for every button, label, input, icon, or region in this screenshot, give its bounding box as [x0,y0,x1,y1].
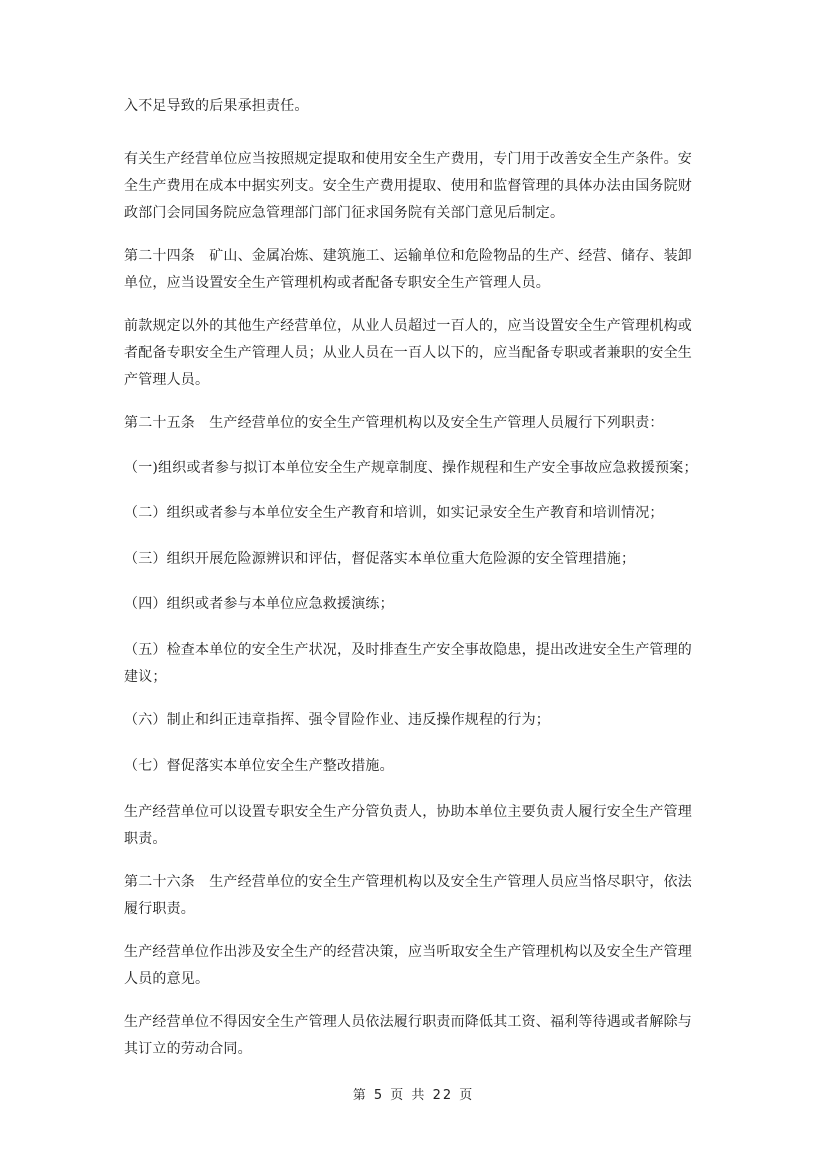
text-line: 第二十四条 矿山、金属冶炼、建筑施工、运输单位和危险物品的生产、经营、储存、装卸 [124,243,704,270]
paragraph-p16: 生产经营单位不得因安全生产管理人员依法履行职责而降低其工资、福利等待遇或者解除与… [124,1009,704,1063]
text-line: 前款规定以外的其他生产经营单位，从业人员超过一百人的，应当设置安全生产管理机构或 [124,313,704,340]
text-line: （七）督促落实本单位安全生产整改措施。 [124,753,704,780]
text-line: （二）组织或者参与本单位安全生产教育和培训，如实记录安全生产教育和培训情况； [124,500,704,527]
text-line: 政部门会同国务院应急管理部门部门征求国务院有关部门意见后制定。 [124,200,704,227]
paragraph-p5: 第二十五条 生产经营单位的安全生产管理机构以及安全生产管理人员履行下列职责： [124,410,704,437]
paragraph-p1: 入不足导致的后果承担责任。 [124,93,704,120]
text-line: 其订立的劳动合同。 [124,1036,704,1063]
text-line: 产管理人员。 [124,367,704,394]
paragraph-p3: 第二十四条 矿山、金属冶炼、建筑施工、运输单位和危险物品的生产、经营、储存、装卸… [124,243,704,297]
page-footer: 第 5 页 共 22 页 [0,1084,827,1103]
text-line: 建议； [124,664,704,691]
text-line: 入不足导致的后果承担责任。 [124,93,704,120]
text-line: 第二十五条 生产经营单位的安全生产管理机构以及安全生产管理人员履行下列职责： [124,410,704,437]
text-line: 生产经营单位作出涉及安全生产的经营决策，应当听取安全生产管理机构以及安全生产管理 [124,939,704,966]
paragraph-p2: 有关生产经营单位应当按照规定提取和使用安全生产费用，专门用于改善安全生产条件。安… [124,146,704,227]
text-line: （三）组织开展危险源辨识和评估，督促落实本单位重大危险源的安全管理措施； [124,546,704,573]
text-line: 单位，应当设置安全生产管理机构或者配备专职安全生产管理人员。 [124,270,704,297]
paragraph-p12: （七）督促落实本单位安全生产整改措施。 [124,753,704,780]
text-line: （四）组织或者参与本单位应急救援演练； [124,591,704,618]
total-pages-number: 22 [433,1088,454,1103]
paragraph-p10: （五）检查本单位的安全生产状况，及时排查生产安全事故隐患，提出改进安全生产管理的… [124,637,704,691]
paragraph-p6: （一)组织或者参与拟订本单位安全生产规章制度、操作规程和生产安全事故应急救援预案… [124,455,704,482]
text-line: （六）制止和纠正违章指挥、强令冒险作业、违反操作规程的行为； [124,707,704,734]
footer-suffix: 页 [459,1088,474,1103]
paragraph-p15: 生产经营单位作出涉及安全生产的经营决策，应当听取安全生产管理机构以及安全生产管理… [124,939,704,993]
paragraph-p11: （六）制止和纠正违章指挥、强令冒险作业、违反操作规程的行为； [124,707,704,734]
footer-prefix: 第 [353,1088,368,1103]
text-line: 履行职责。 [124,896,704,923]
text-line: 第二十六条 生产经营单位的安全生产管理机构以及安全生产管理人员应当恪尽职守，依法 [124,869,704,896]
text-line: 职责。 [124,826,704,853]
paragraph-p14: 第二十六条 生产经营单位的安全生产管理机构以及安全生产管理人员应当恪尽职守，依法… [124,869,704,923]
text-line: 有关生产经营单位应当按照规定提取和使用安全生产费用，专门用于改善安全生产条件。安 [124,146,704,173]
text-line: 人员的意见。 [124,966,704,993]
text-line: 全生产费用在成本中据实列支。安全生产费用提取、使用和监督管理的具体办法由国务院财 [124,173,704,200]
current-page-number: 5 [374,1088,384,1103]
paragraph-p8: （三）组织开展危险源辨识和评估，督促落实本单位重大危险源的安全管理措施； [124,546,704,573]
paragraph-p13: 生产经营单位可以设置专职安全生产分管负责人，协助本单位主要负责人履行安全生产管理… [124,799,704,853]
text-line: 者配备专职安全生产管理人员；从业人员在一百人以下的，应当配备专职或者兼职的安全生 [124,340,704,367]
text-line: （一)组织或者参与拟订本单位安全生产规章制度、操作规程和生产安全事故应急救援预案… [124,455,704,482]
footer-mid: 页 共 [390,1088,426,1103]
paragraph-p4: 前款规定以外的其他生产经营单位，从业人员超过一百人的，应当设置安全生产管理机构或… [124,313,704,394]
paragraph-p7: （二）组织或者参与本单位安全生产教育和培训，如实记录安全生产教育和培训情况； [124,500,704,527]
text-line: 生产经营单位可以设置专职安全生产分管负责人，协助本单位主要负责人履行安全生产管理 [124,799,704,826]
paragraph-p9: （四）组织或者参与本单位应急救援演练； [124,591,704,618]
text-line: 生产经营单位不得因安全生产管理人员依法履行职责而降低其工资、福利等待遇或者解除与 [124,1009,704,1036]
text-line: （五）检查本单位的安全生产状况，及时排查生产安全事故隐患，提出改进安全生产管理的 [124,637,704,664]
